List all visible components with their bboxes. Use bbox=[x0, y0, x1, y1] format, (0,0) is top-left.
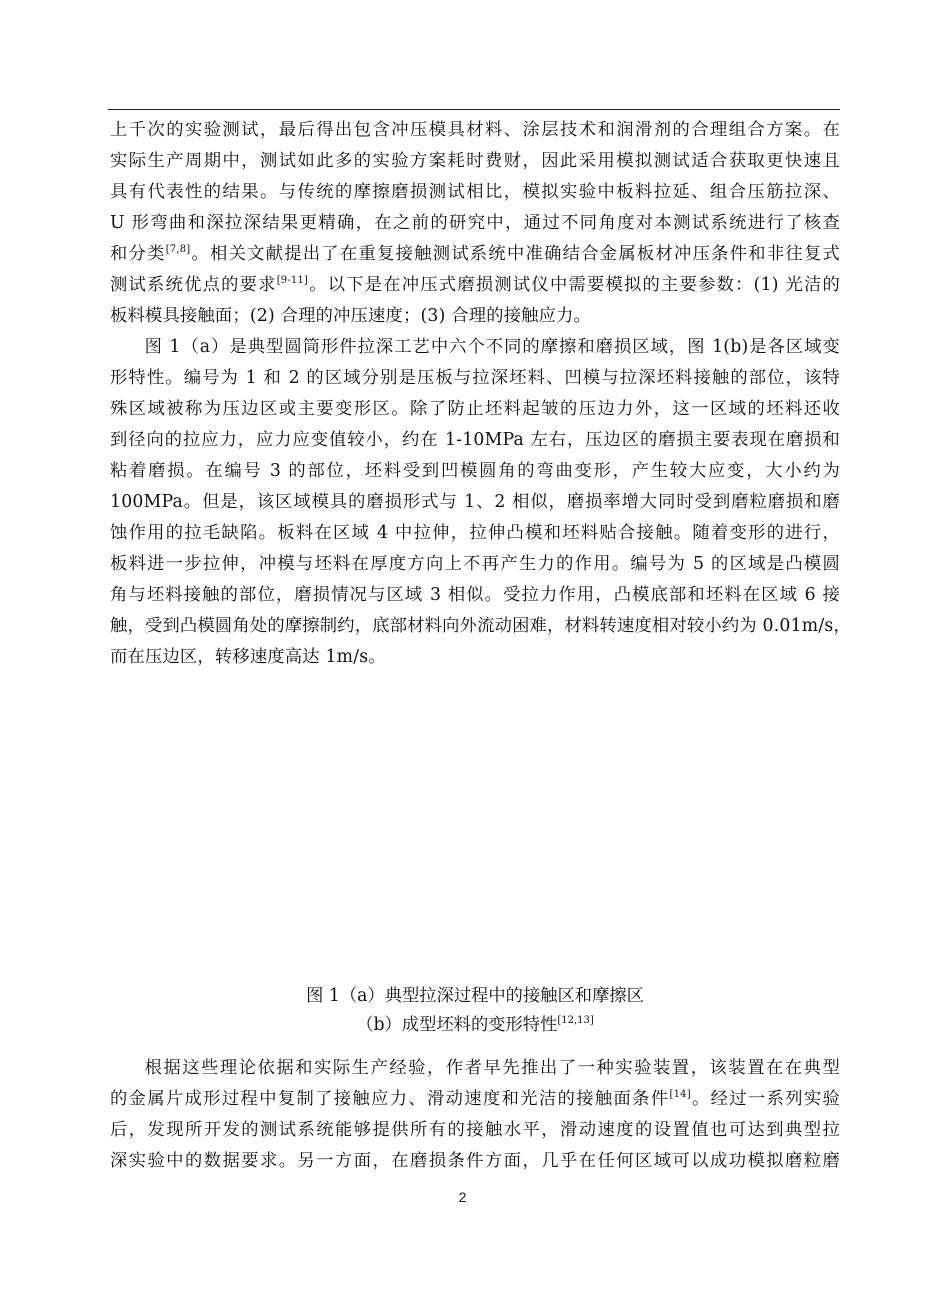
paragraph-2-line-11: 而在压边区，转移速度高达 1m/s。 bbox=[110, 642, 840, 673]
paragraph-1-line-6: 测试系统优点的要求[9-11]。以下是在冲压式磨损测试仪中需要模拟的主要参数：(… bbox=[110, 270, 840, 301]
paragraph-1-line-2: 实际生产周期中，测试如此多的实验方案耗时费财，因此采用模拟测试适合获取更快速且 bbox=[110, 146, 840, 177]
paragraph-2-line-6: 100MPa。但是，该区域模具的磨损形式与 1、2 相似，磨损率增大同时受到磨粒… bbox=[110, 487, 840, 518]
paragraph-1-line-4: U 形弯曲和深拉深结果更精确，在之前的研究中，通过不同角度对本测试系统进行了核查 bbox=[110, 208, 840, 239]
citation-14: [14] bbox=[669, 1089, 690, 1100]
text: （b）成型坯料的变形特性 bbox=[356, 1015, 557, 1035]
paragraph-3-line-4: 深实验中的数据要求。另一方面，在磨损条件方面，几乎在任何区域可以成功模拟磨粒磨 bbox=[110, 1146, 840, 1177]
text: 测试系统优点的要求 bbox=[110, 275, 277, 295]
paragraph-3-line-3: 后，发现所开发的测试系统能够提供所有的接触水平，滑动速度的设置值也可达到典型拉 bbox=[110, 1115, 840, 1146]
text: 。相关文献提出了在重复接触测试系统中准确结合金属板材冲压条件和非往复式 bbox=[190, 244, 840, 264]
paragraph-2-line-8: 板料进一步拉伸，冲模与坯料在厚度方向上不再产生力的作用。编号为 5 的区域是凸模… bbox=[110, 549, 840, 580]
paragraph-2-line-1: 图 1（a）是典型圆筒形件拉深工艺中六个不同的摩擦和磨损区域，图 1(b)是各区… bbox=[110, 332, 840, 363]
paragraph-2-line-5: 粘着磨损。在编号 3 的部位，坯料受到凹模圆角的弯曲变形，产生较大应变，大小约为 bbox=[110, 456, 840, 487]
paragraph-1-line-1: 上千次的实验测试，最后得出包含冲压模具材料、涂层技术和润滑剂的合理组合方案。在 bbox=[110, 115, 840, 146]
paragraph-2-line-9: 角与坯料接触的部位，磨损情况与区域 3 相似。受拉力作用，凸模底部和坯料在区域 … bbox=[110, 580, 840, 611]
text: 的金属片成形过程中复制了接触应力、滑动速度和光洁的接触面条件 bbox=[110, 1089, 669, 1109]
citation-12-13: [12,13] bbox=[557, 1015, 593, 1026]
paragraph-2-line-4: 到径向的拉应力，应力应变值较小，约在 1-10MPa 左右，压边区的磨损主要表现… bbox=[110, 425, 840, 456]
paragraph-1-line-3: 具有代表性的结果。与传统的摩擦磨损测试相比，模拟实验中板料拉延、组合压筋拉深、 bbox=[110, 177, 840, 208]
paragraph-3-line-1: 根据这些理论依据和实际生产经验，作者早先推出了一种实验装置，该装置在在典型 bbox=[110, 1053, 840, 1084]
paragraph-1-line-5: 和分类[7,8]。相关文献提出了在重复接触测试系统中准确结合金属板材冲压条件和非… bbox=[110, 239, 840, 270]
paragraph-2-line-7: 蚀作用的拉毛缺陷。板料在区域 4 中拉伸，拉伸凸模和坯料贴合接触。随着变形的进行… bbox=[110, 518, 840, 549]
header-rule bbox=[108, 109, 840, 110]
text: 和分类 bbox=[110, 244, 166, 264]
paragraph-1-line-7: 板料模具接触面；(2) 合理的冲压速度；(3) 合理的接触应力。 bbox=[110, 301, 840, 332]
paragraph-2-line-10: 触，受到凸模圆角处的摩擦制约，底部材料向外流动困难，材料转速度相对较小约为 0.… bbox=[110, 611, 840, 642]
figure-caption: 图 1（a）典型拉深过程中的接触区和摩擦区 （b）成型坯料的变形特性[12,13… bbox=[110, 982, 840, 1040]
citation-9-11: [9-11] bbox=[277, 275, 308, 286]
figure-caption-line-2: （b）成型坯料的变形特性[12,13] bbox=[110, 1011, 840, 1040]
paragraph-1: 上千次的实验测试，最后得出包含冲压模具材料、涂层技术和润滑剂的合理组合方案。在 … bbox=[110, 115, 840, 332]
paragraph-2-line-2: 形特性。编号为 1 和 2 的区域分别是压板与拉深坯料、凹模与拉深坯料接触的部位… bbox=[110, 363, 840, 394]
paragraph-2-line-3: 殊区域被称为压边区或主要变形区。除了防止坯料起皱的压边力外，这一区域的坯料还收 bbox=[110, 394, 840, 425]
figure-1-placeholder bbox=[110, 685, 840, 975]
text: 。以下是在冲压式磨损测试仪中需要模拟的主要参数：(1) 光洁的 bbox=[308, 275, 840, 295]
figure-caption-line-1: 图 1（a）典型拉深过程中的接触区和摩擦区 bbox=[110, 982, 840, 1011]
page-number: 2 bbox=[0, 1189, 925, 1205]
paragraph-3-line-2: 的金属片成形过程中复制了接触应力、滑动速度和光洁的接触面条件[14]。经过一系列… bbox=[110, 1084, 840, 1115]
paragraph-3: 根据这些理论依据和实际生产经验，作者早先推出了一种实验装置，该装置在在典型 的金… bbox=[110, 1053, 840, 1177]
paragraph-2: 图 1（a）是典型圆筒形件拉深工艺中六个不同的摩擦和磨损区域，图 1(b)是各区… bbox=[110, 332, 840, 673]
citation-7-8: [7,8] bbox=[166, 244, 191, 255]
text: 。经过一系列实验 bbox=[691, 1089, 840, 1109]
